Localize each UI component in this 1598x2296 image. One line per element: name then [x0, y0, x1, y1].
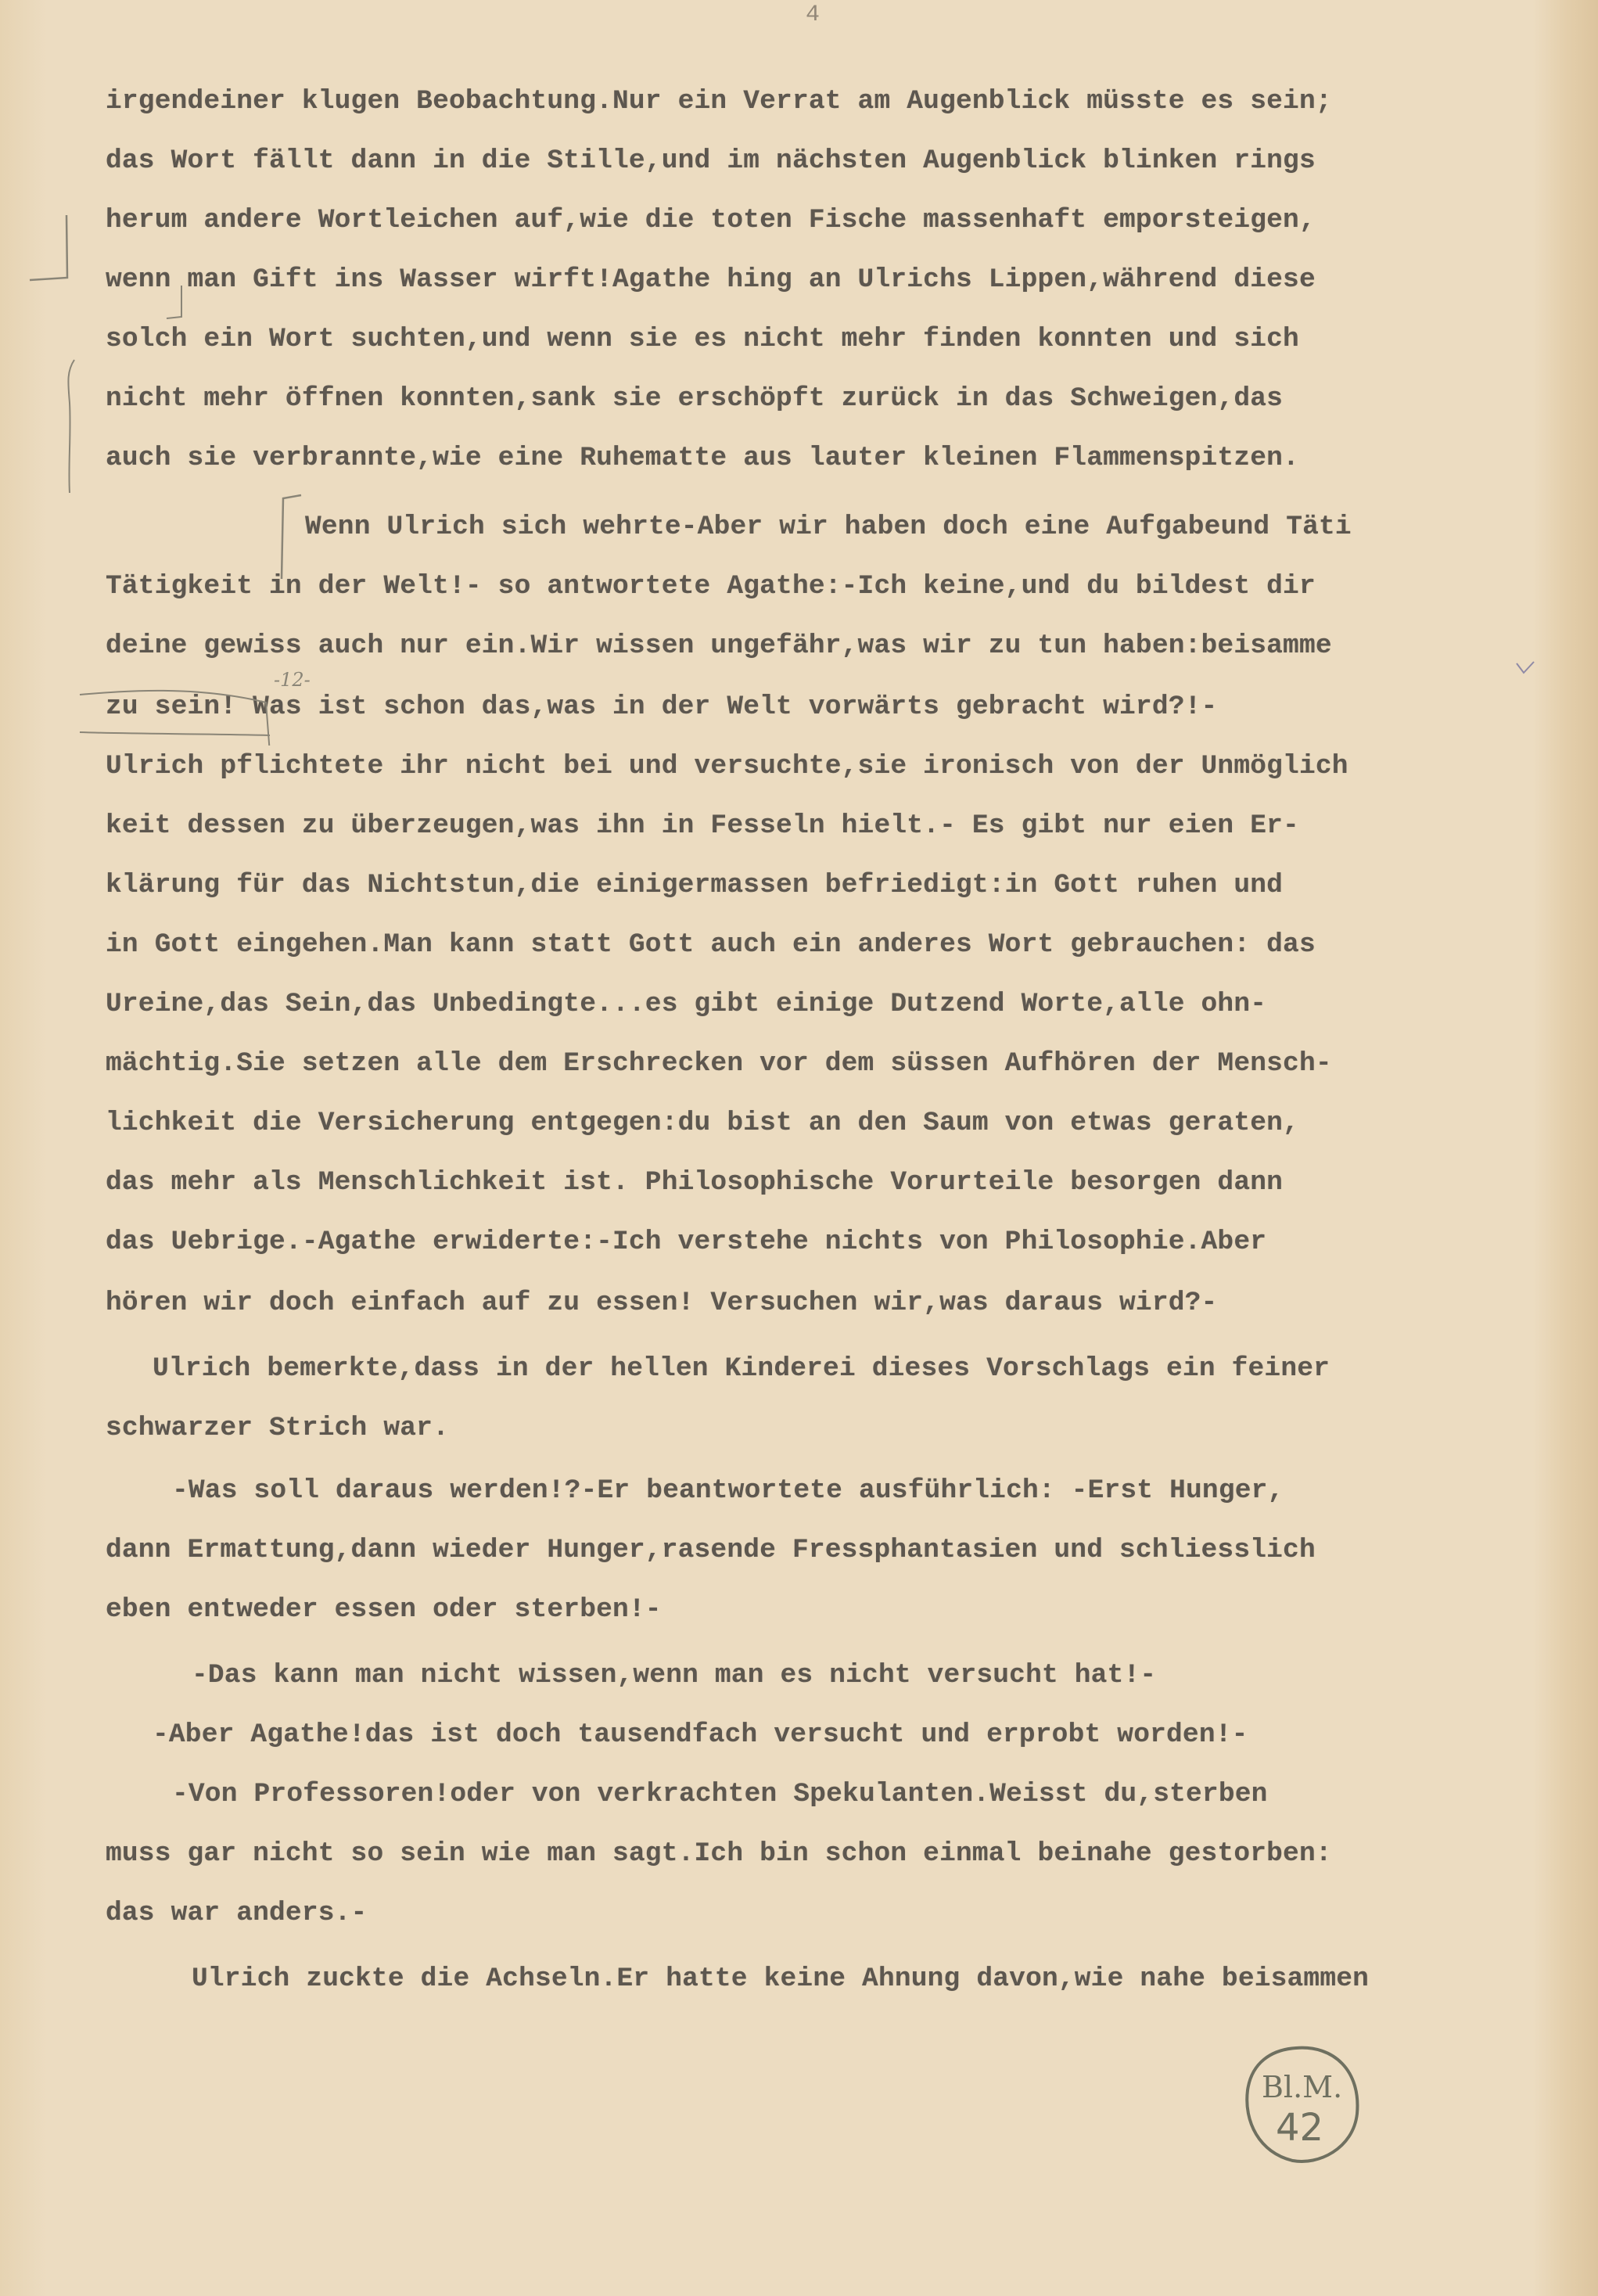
page-number: 4 [806, 2, 820, 28]
pencil-margin-bracket-icon [23, 211, 78, 297]
text-line: herum andere Wortleichen auf,wie die tot… [106, 205, 1316, 236]
text-line: dann Ermattung,dann wieder Hunger,rasend… [106, 1535, 1316, 1566]
text-line: Ulrich pflichtete ihr nicht bei und vers… [106, 751, 1348, 782]
text-line: Ureine,das Sein,das Unbedingte...es gibt… [106, 989, 1266, 1020]
text-line: das Uebrige.-Agathe erwiderte:-Ich verst… [106, 1227, 1266, 1258]
margin-number-annotation: -12- [274, 669, 311, 691]
text-line: solch ein Wort suchten,und wenn sie es n… [106, 324, 1299, 355]
text-line: Ulrich bemerkte,dass in der hellen Kinde… [153, 1353, 1330, 1385]
typescript-page: 4 irgendeiner klugen Beobachtung.Nur ein… [0, 0, 1598, 2296]
text-line: in Gott eingehen.Man kann statt Gott auc… [106, 929, 1316, 961]
pencil-check-mark-icon [1514, 659, 1537, 677]
text-line: keit dessen zu überzeugen,was ihn in Fes… [106, 810, 1299, 842]
text-line: Wenn Ulrich sich wehrte-Aber wir haben d… [305, 512, 1352, 543]
text-line: das mehr als Menschlichkeit ist. Philoso… [106, 1167, 1283, 1198]
text-line: -Aber Agathe!das ist doch tausendfach ve… [153, 1719, 1248, 1751]
text-line: -Das kann man nicht wissen,wenn man es n… [192, 1660, 1156, 1691]
text-line: auch sie verbrannte,wie eine Ruhematte a… [106, 443, 1299, 474]
text-line: -Was soll daraus werden!?-Er beantwortet… [172, 1475, 1284, 1507]
text-line: das war anders.- [106, 1898, 367, 1929]
text-line: eben entweder essen oder sterben!- [106, 1594, 662, 1626]
text-line: das Wort fällt dann in die Stille,und im… [106, 146, 1316, 177]
text-line: klärung für das Nichtstun,die einigermas… [106, 870, 1283, 901]
stamp-number: 42 [1276, 2106, 1323, 2150]
stamp-label: Bl.M. [1262, 2070, 1342, 2104]
text-line: lichkeit die Versicherung entgegen:du bi… [106, 1108, 1299, 1139]
pencil-margin-brace-icon [59, 356, 90, 497]
text-line: irgendeiner klugen Beobachtung.Nur ein V… [106, 86, 1332, 117]
text-line: schwarzer Strich war. [106, 1413, 449, 1444]
text-line: mächtig.Sie setzen alle dem Erschrecken … [106, 1048, 1332, 1080]
archive-stamp: Bl.M. 42 [1240, 2043, 1365, 2167]
pencil-insertion-mark-icon [160, 282, 192, 325]
text-line: Ulrich zuckte die Achseln.Er hatte keine… [192, 1964, 1369, 1995]
text-line: hören wir doch einfach auf zu essen! Ver… [106, 1288, 1217, 1319]
text-line: wenn man Gift ins Wasser wirft!Agathe hi… [106, 264, 1316, 296]
text-line: deine gewiss auch nur ein.Wir wissen ung… [106, 631, 1332, 662]
text-line: muss gar nicht so sein wie man sagt.Ich … [106, 1838, 1332, 1870]
pencil-paragraph-bracket-icon [266, 489, 313, 583]
text-line: -Von Professoren!oder von verkrachten Sp… [172, 1779, 1268, 1810]
text-line: nicht mehr öffnen konnten,sank sie ersch… [106, 383, 1283, 415]
pencil-box-mark-icon [78, 679, 282, 746]
